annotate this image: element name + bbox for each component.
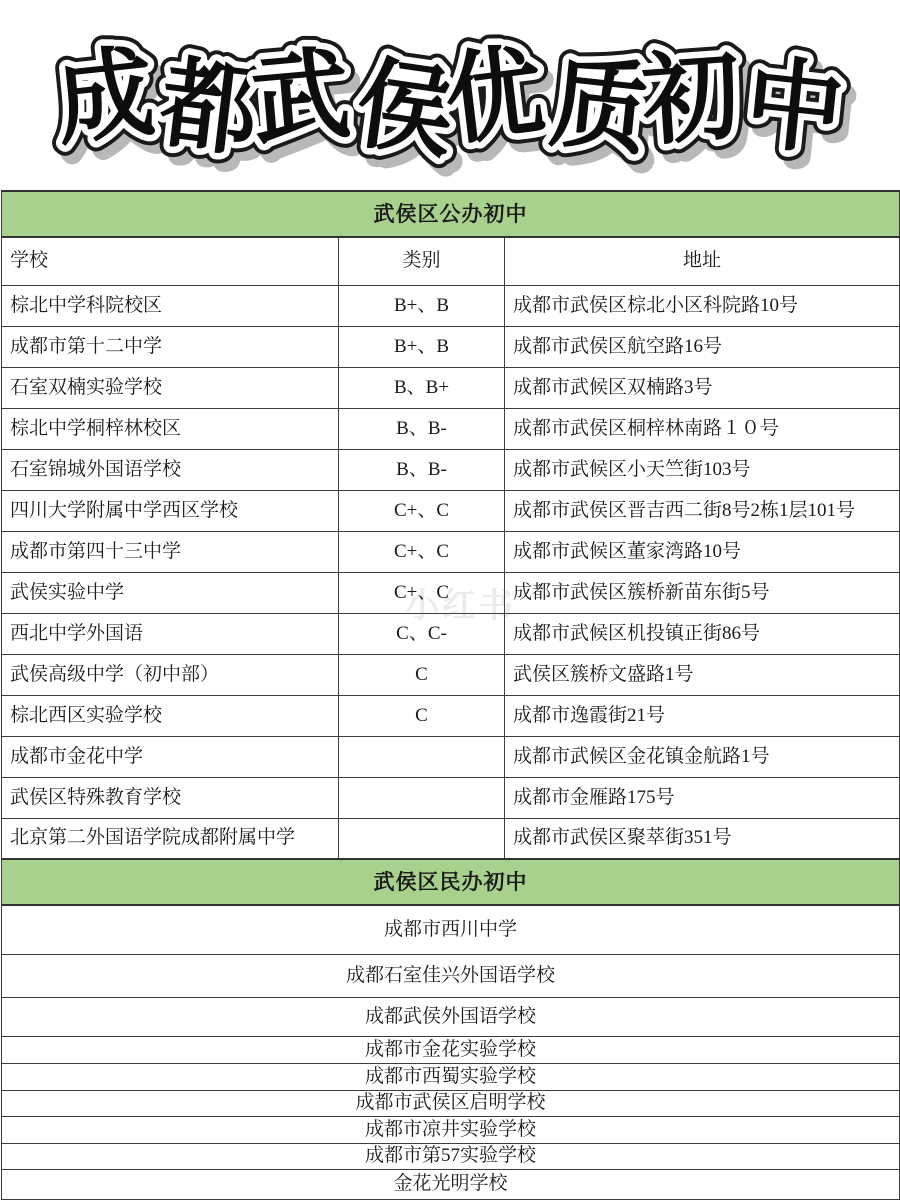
table-row: 成都市凉井实验学校 xyxy=(2,1116,900,1143)
category-cell: C xyxy=(339,654,505,695)
category-cell xyxy=(339,736,505,777)
table-row: 北京第二外国语学院成都附属中学成都市武侯区聚萃街351号 xyxy=(2,818,900,859)
school-cell: 棕北中学科院校区 xyxy=(2,285,339,326)
school-cell: 武侯实验中学 xyxy=(2,572,339,613)
title-art: 成都武侯优质初中 成都武侯优质初中 成都武侯优质初中 xyxy=(10,8,890,183)
address-cell: 成都市武侯区棕北小区科院路10号 xyxy=(505,285,900,326)
table-row: 西北中学外国语C、C-成都市武候区机投镇正街86号 xyxy=(2,613,900,654)
table-row: 成都市西川中学 xyxy=(2,905,900,954)
school-cell: 成都市第57实验学校 xyxy=(2,1143,900,1169)
school-cell: 武侯区特殊教育学校 xyxy=(2,777,339,818)
category-cell: C+、C xyxy=(339,490,505,531)
public-section-header-row: 武侯区公办初中 xyxy=(2,191,900,237)
table-row: 棕北中学桐梓林校区B、B-成都市武侯区桐梓林南路１０号 xyxy=(2,408,900,449)
address-cell: 成都市武候区机投镇正街86号 xyxy=(505,613,900,654)
school-cell: 成都市西川中学 xyxy=(2,905,900,954)
page-title-banner: 成都武侯优质初中 成都武侯优质初中 成都武侯优质初中 xyxy=(0,0,900,190)
school-cell: 成都武侯外国语学校 xyxy=(2,997,900,1036)
category-cell: B、B- xyxy=(339,449,505,490)
table-row: 武侯实验中学C+、C成都市武侯区簇桥新苗东街5号 xyxy=(2,572,900,613)
address-cell: 成都市武侯区聚萃街351号 xyxy=(505,818,900,859)
schools-table: 武侯区公办初中 学校 类别 地址 棕北中学科院校区B+、B成都市武侯区棕北小区科… xyxy=(1,190,900,1200)
address-cell: 成都市逸霞街21号 xyxy=(505,695,900,736)
table-row: 成都市第57实验学校 xyxy=(2,1143,900,1169)
table-row: 武侯区特殊教育学校成都市金雁路175号 xyxy=(2,777,900,818)
address-cell: 成都市武候区董家湾路10号 xyxy=(505,531,900,572)
table-row: 成都市武侯区启明学校 xyxy=(2,1090,900,1116)
category-cell: C+、C xyxy=(339,572,505,613)
school-cell: 北京第二外国语学院成都附属中学 xyxy=(2,818,339,859)
category-cell xyxy=(339,777,505,818)
table-row: 石室锦城外国语学校B、B-成都市武候区小天竺街103号 xyxy=(2,449,900,490)
school-cell: 成都市第十二中学 xyxy=(2,326,339,367)
school-cell: 石室锦城外国语学校 xyxy=(2,449,339,490)
address-cell: 成都市武候区金花镇金航路1号 xyxy=(505,736,900,777)
column-header-school: 学校 xyxy=(2,237,339,285)
table-row: 成都市金花中学成都市武候区金花镇金航路1号 xyxy=(2,736,900,777)
school-cell: 武侯高级中学（初中部） xyxy=(2,654,339,695)
table-row: 武侯高级中学（初中部）C武侯区簇桥文盛路1号 xyxy=(2,654,900,695)
table-row: 四川大学附属中学西区学校C+、C成都市武侯区晋吉西二街8号2栋1层101号 xyxy=(2,490,900,531)
school-cell: 金花光明学校 xyxy=(2,1169,900,1199)
table-row: 石室双楠实验学校B、B+成都市武候区双楠路3号 xyxy=(2,367,900,408)
category-cell: B+、B xyxy=(339,285,505,326)
school-cell: 棕北西区实验学校 xyxy=(2,695,339,736)
school-cell: 成都市第四十三中学 xyxy=(2,531,339,572)
school-cell: 西北中学外国语 xyxy=(2,613,339,654)
school-cell: 成都市金花实验学校 xyxy=(2,1036,900,1063)
address-cell: 成都市武候区双楠路3号 xyxy=(505,367,900,408)
table-row: 成都石室佳兴外国语学校 xyxy=(2,954,900,997)
address-cell: 成都市武侯区桐梓林南路１０号 xyxy=(505,408,900,449)
table-row: 成都市第十二中学B+、B成都市武侯区航空路16号 xyxy=(2,326,900,367)
table-row: 金花光明学校 xyxy=(2,1169,900,1199)
category-cell: B、B- xyxy=(339,408,505,449)
address-cell: 成都市金雁路175号 xyxy=(505,777,900,818)
address-cell: 成都市武侯区簇桥新苗东街5号 xyxy=(505,572,900,613)
column-header-category: 类别 xyxy=(339,237,505,285)
table-row: 棕北西区实验学校C成都市逸霞街21号 xyxy=(2,695,900,736)
school-cell: 棕北中学桐梓林校区 xyxy=(2,408,339,449)
address-cell: 成都市武候区小天竺街103号 xyxy=(505,449,900,490)
table-row: 成都市金花实验学校 xyxy=(2,1036,900,1063)
school-cell: 四川大学附属中学西区学校 xyxy=(2,490,339,531)
address-cell: 武侯区簇桥文盛路1号 xyxy=(505,654,900,695)
address-cell: 成都市武侯区航空路16号 xyxy=(505,326,900,367)
category-cell: B、B+ xyxy=(339,367,505,408)
table-row: 成都市西蜀实验学校 xyxy=(2,1063,900,1090)
school-cell: 成都市西蜀实验学校 xyxy=(2,1063,900,1090)
table-row: 成都武侯外国语学校 xyxy=(2,997,900,1036)
table-row: 棕北中学科院校区B+、B成都市武侯区棕北小区科院路10号 xyxy=(2,285,900,326)
category-cell: C xyxy=(339,695,505,736)
school-cell: 石室双楠实验学校 xyxy=(2,367,339,408)
column-header-row: 学校 类别 地址 xyxy=(2,237,900,285)
category-cell: B+、B xyxy=(339,326,505,367)
public-section-title: 武侯区公办初中 xyxy=(2,191,900,237)
private-section-title: 武侯区民办初中 xyxy=(2,859,900,905)
category-cell: C+、C xyxy=(339,531,505,572)
address-cell: 成都市武侯区晋吉西二街8号2栋1层101号 xyxy=(505,490,900,531)
table-row: 成都市第四十三中学C+、C成都市武候区董家湾路10号 xyxy=(2,531,900,572)
school-cell: 成都市金花中学 xyxy=(2,736,339,777)
category-cell: C、C- xyxy=(339,613,505,654)
school-cell: 成都石室佳兴外国语学校 xyxy=(2,954,900,997)
school-cell: 成都市武侯区启明学校 xyxy=(2,1090,900,1116)
private-section-header-row: 武侯区民办初中 xyxy=(2,859,900,905)
column-header-address: 地址 xyxy=(505,237,900,285)
school-cell: 成都市凉井实验学校 xyxy=(2,1116,900,1143)
category-cell xyxy=(339,818,505,859)
